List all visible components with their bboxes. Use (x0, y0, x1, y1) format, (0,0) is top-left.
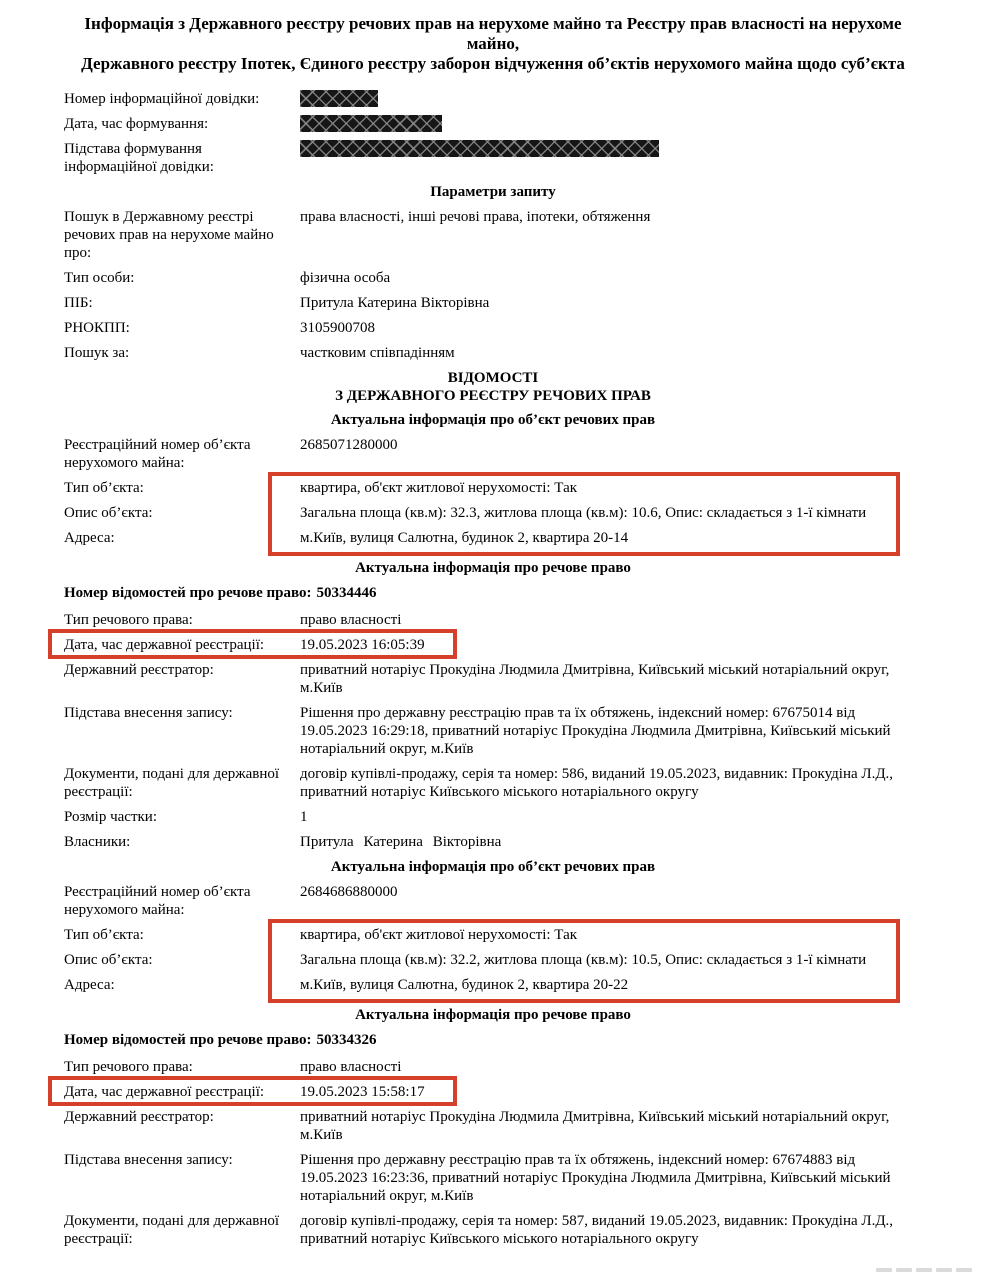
field-row-registration-date-1: Дата, час державної реєстрації: 19.05.20… (64, 636, 922, 654)
field-row-formation-datetime: Дата, час формування: (64, 115, 922, 133)
document-title: Інформація з Державного реєстру речових … (64, 14, 922, 74)
documents-value: договір купівлі-продажу, серія та номер:… (300, 765, 920, 801)
right-number-label: Номер відомостей про речове право: (64, 1032, 311, 1048)
tax-id-label: РНОКПП: (64, 319, 300, 337)
cutoff-artifact (876, 1268, 972, 1272)
search-scope-value: права власності, інші речові права, іпот… (300, 208, 920, 262)
owners-value: Притула Катерина Вікторівна (300, 833, 920, 851)
object2-heading: Актуальна інформація про об’єкт речових … (64, 858, 922, 876)
field-row-basis-1: Підстава внесення запису: Рішення про де… (64, 704, 922, 758)
object-address-label: Адреса: (64, 529, 300, 547)
reg-number-label: Реєстраційний номер об’єкта нерухомого м… (64, 883, 300, 919)
object-type-value: квартира, об'єкт житлової нерухомості: Т… (300, 479, 920, 497)
object-desc-label: Опис об’єкта: (64, 504, 300, 522)
tax-id-value: 3105900708 (300, 319, 920, 337)
field-row-reg-number-1: Реєстраційний номер об’єкта нерухомого м… (64, 436, 922, 472)
field-row-object-desc-2: Опис об’єкта: Загальна площа (кв.м): 32.… (64, 951, 922, 969)
right-number-label: Номер відомостей про речове право: (64, 585, 311, 601)
documents-label: Документи, подані для державної реєстрац… (64, 765, 300, 801)
cutoff-dash (916, 1268, 932, 1272)
register-heading: ВІДОМОСТІ З ДЕРЖАВНОГО РЕЄСТРУ РЕЧОВИХ П… (64, 369, 922, 405)
field-row-share-1: Розмір частки: 1 (64, 808, 922, 826)
right-type-label: Тип речового права: (64, 611, 300, 629)
person-type-label: Тип особи: (64, 269, 300, 287)
right-type-value: право власності (300, 611, 920, 629)
document-page: Інформація з Державного реєстру речових … (0, 0, 982, 1248)
certificate-number-label: Номер інформаційної довідки: (64, 90, 300, 108)
field-row-registrar-2: Державний реєстратор: приватний нотаріус… (64, 1108, 922, 1144)
object-desc-value: Загальна площа (кв.м): 32.2, житлова пло… (300, 951, 920, 969)
reg-number-label: Реєстраційний номер об’єкта нерухомого м… (64, 436, 300, 472)
registrar-value: приватний нотаріус Прокудіна Людмила Дми… (300, 661, 920, 697)
object-type-value: квартира, об'єкт житлової нерухомості: Т… (300, 926, 920, 944)
registration-date-value: 19.05.2023 16:05:39 (300, 636, 920, 654)
right-type-label: Тип речового права: (64, 1058, 300, 1076)
right-number-line-2: Номер відомостей про речове право:503343… (64, 1031, 922, 1049)
search-mode-value: частковим співпадінням (300, 344, 920, 362)
field-row-formation-basis: Підстава формування інформаційної довідк… (64, 140, 922, 176)
documents-value: договір купівлі-продажу, серія та номер:… (300, 1212, 920, 1248)
reg-number-value: 2684686880000 (300, 883, 920, 919)
field-row-object-address-2: Адреса: м.Київ, вулиця Салютна, будинок … (64, 976, 922, 994)
full-name-label: ПІБ: (64, 294, 300, 312)
certificate-number-value (300, 90, 920, 108)
field-row-owners-1: Власники: Притула Катерина Вікторівна (64, 833, 922, 851)
field-row-object-type-1: Тип об’єкта: квартира, об'єкт житлової н… (64, 479, 922, 497)
object-address-label: Адреса: (64, 976, 300, 994)
formation-datetime-label: Дата, час формування: (64, 115, 300, 133)
registration-date-label: Дата, час державної реєстрації: (64, 636, 300, 654)
documents-label: Документи, подані для державної реєстрац… (64, 1212, 300, 1248)
formation-datetime-value (300, 115, 920, 133)
reg-number-value: 2685071280000 (300, 436, 920, 472)
object-type-label: Тип об’єкта: (64, 926, 300, 944)
search-scope-label: Пошук в Державному реєстрі речових прав … (64, 208, 300, 262)
redacted-block (300, 140, 659, 157)
full-name-value: Притула Катерина Вікторівна (300, 294, 920, 312)
formation-basis-label: Підстава формування інформаційної довідк… (64, 140, 300, 176)
redacted-block (300, 115, 442, 132)
share-value: 1 (300, 808, 920, 826)
object2-attributes-group: Тип об’єкта: квартира, об'єкт житлової н… (64, 926, 922, 994)
register-heading-line1: ВІДОМОСТІ (64, 369, 922, 387)
object1-attributes-group: Тип об’єкта: квартира, об'єкт житлової н… (64, 479, 922, 547)
entry-basis-value: Рішення про державну реєстрацію прав та … (300, 704, 920, 758)
right-type-value: право власності (300, 1058, 920, 1076)
field-row-search-scope: Пошук в Державному реєстрі речових прав … (64, 208, 922, 262)
field-row-basis-2: Підстава внесення запису: Рішення про де… (64, 1151, 922, 1205)
field-row-tax-id: РНОКПП: 3105900708 (64, 319, 922, 337)
field-row-right-type-2: Тип речового права: право власності (64, 1058, 922, 1076)
right-number-value: 50334446 (316, 585, 376, 601)
entry-basis-label: Підстава внесення запису: (64, 704, 300, 758)
entry-basis-value: Рішення про державну реєстрацію прав та … (300, 1151, 920, 1205)
object-desc-value: Загальна площа (кв.м): 32.3, житлова пло… (300, 504, 920, 522)
register-heading-line2: З ДЕРЖАВНОГО РЕЄСТРУ РЕЧОВИХ ПРАВ (64, 387, 922, 405)
redacted-block (300, 90, 378, 107)
document-title-line2: Державного реєстру Іпотек, Єдиного реєст… (64, 54, 922, 74)
object-desc-label: Опис об’єкта: (64, 951, 300, 969)
right-info-heading-1: Актуальна інформація про речове право (64, 559, 922, 577)
object-type-label: Тип об’єкта: (64, 479, 300, 497)
field-row-object-desc-1: Опис об’єкта: Загальна площа (кв.м): 32.… (64, 504, 922, 522)
object1-heading: Актуальна інформація про об’єкт речових … (64, 411, 922, 429)
field-row-documents-2: Документи, подані для державної реєстрац… (64, 1212, 922, 1248)
person-type-value: фізична особа (300, 269, 920, 287)
field-row-registrar-1: Державний реєстратор: приватний нотаріус… (64, 661, 922, 697)
cutoff-dash (956, 1268, 972, 1272)
object-address-value: м.Київ, вулиця Салютна, будинок 2, кварт… (300, 529, 920, 547)
registrar-label: Державний реєстратор: (64, 661, 300, 697)
right-number-value: 50334326 (316, 1032, 376, 1048)
registration-date-value: 19.05.2023 15:58:17 (300, 1083, 920, 1101)
field-row-certificate-number: Номер інформаційної довідки: (64, 90, 922, 108)
owners-label: Власники: (64, 833, 300, 851)
field-row-reg-number-2: Реєстраційний номер об’єкта нерухомого м… (64, 883, 922, 919)
registrar-label: Державний реєстратор: (64, 1108, 300, 1144)
query-params-heading: Параметри запиту (64, 183, 922, 201)
registrar-value: приватний нотаріус Прокудіна Людмила Дми… (300, 1108, 920, 1144)
field-row-object-address-1: Адреса: м.Київ, вулиця Салютна, будинок … (64, 529, 922, 547)
document-title-line1: Інформація з Державного реєстру речових … (64, 14, 922, 54)
field-row-right-type-1: Тип речового права: право власності (64, 611, 922, 629)
entry-basis-label: Підстава внесення запису: (64, 1151, 300, 1205)
field-row-full-name: ПІБ: Притула Катерина Вікторівна (64, 294, 922, 312)
search-mode-label: Пошук за: (64, 344, 300, 362)
formation-basis-value (300, 140, 920, 176)
share-label: Розмір частки: (64, 808, 300, 826)
field-row-person-type: Тип особи: фізична особа (64, 269, 922, 287)
field-row-registration-date-2: Дата, час державної реєстрації: 19.05.20… (64, 1083, 922, 1101)
field-row-documents-1: Документи, подані для державної реєстрац… (64, 765, 922, 801)
field-row-search-mode: Пошук за: частковим співпадінням (64, 344, 922, 362)
right-info-heading-2: Актуальна інформація про речове право (64, 1006, 922, 1024)
registration-date-label: Дата, час державної реєстрації: (64, 1083, 300, 1101)
field-row-object-type-2: Тип об’єкта: квартира, об'єкт житлової н… (64, 926, 922, 944)
cutoff-dash (876, 1268, 892, 1272)
object-address-value: м.Київ, вулиця Салютна, будинок 2, кварт… (300, 976, 920, 994)
cutoff-dash (896, 1268, 912, 1272)
cutoff-dash (936, 1268, 952, 1272)
right-number-line-1: Номер відомостей про речове право:503344… (64, 584, 922, 602)
